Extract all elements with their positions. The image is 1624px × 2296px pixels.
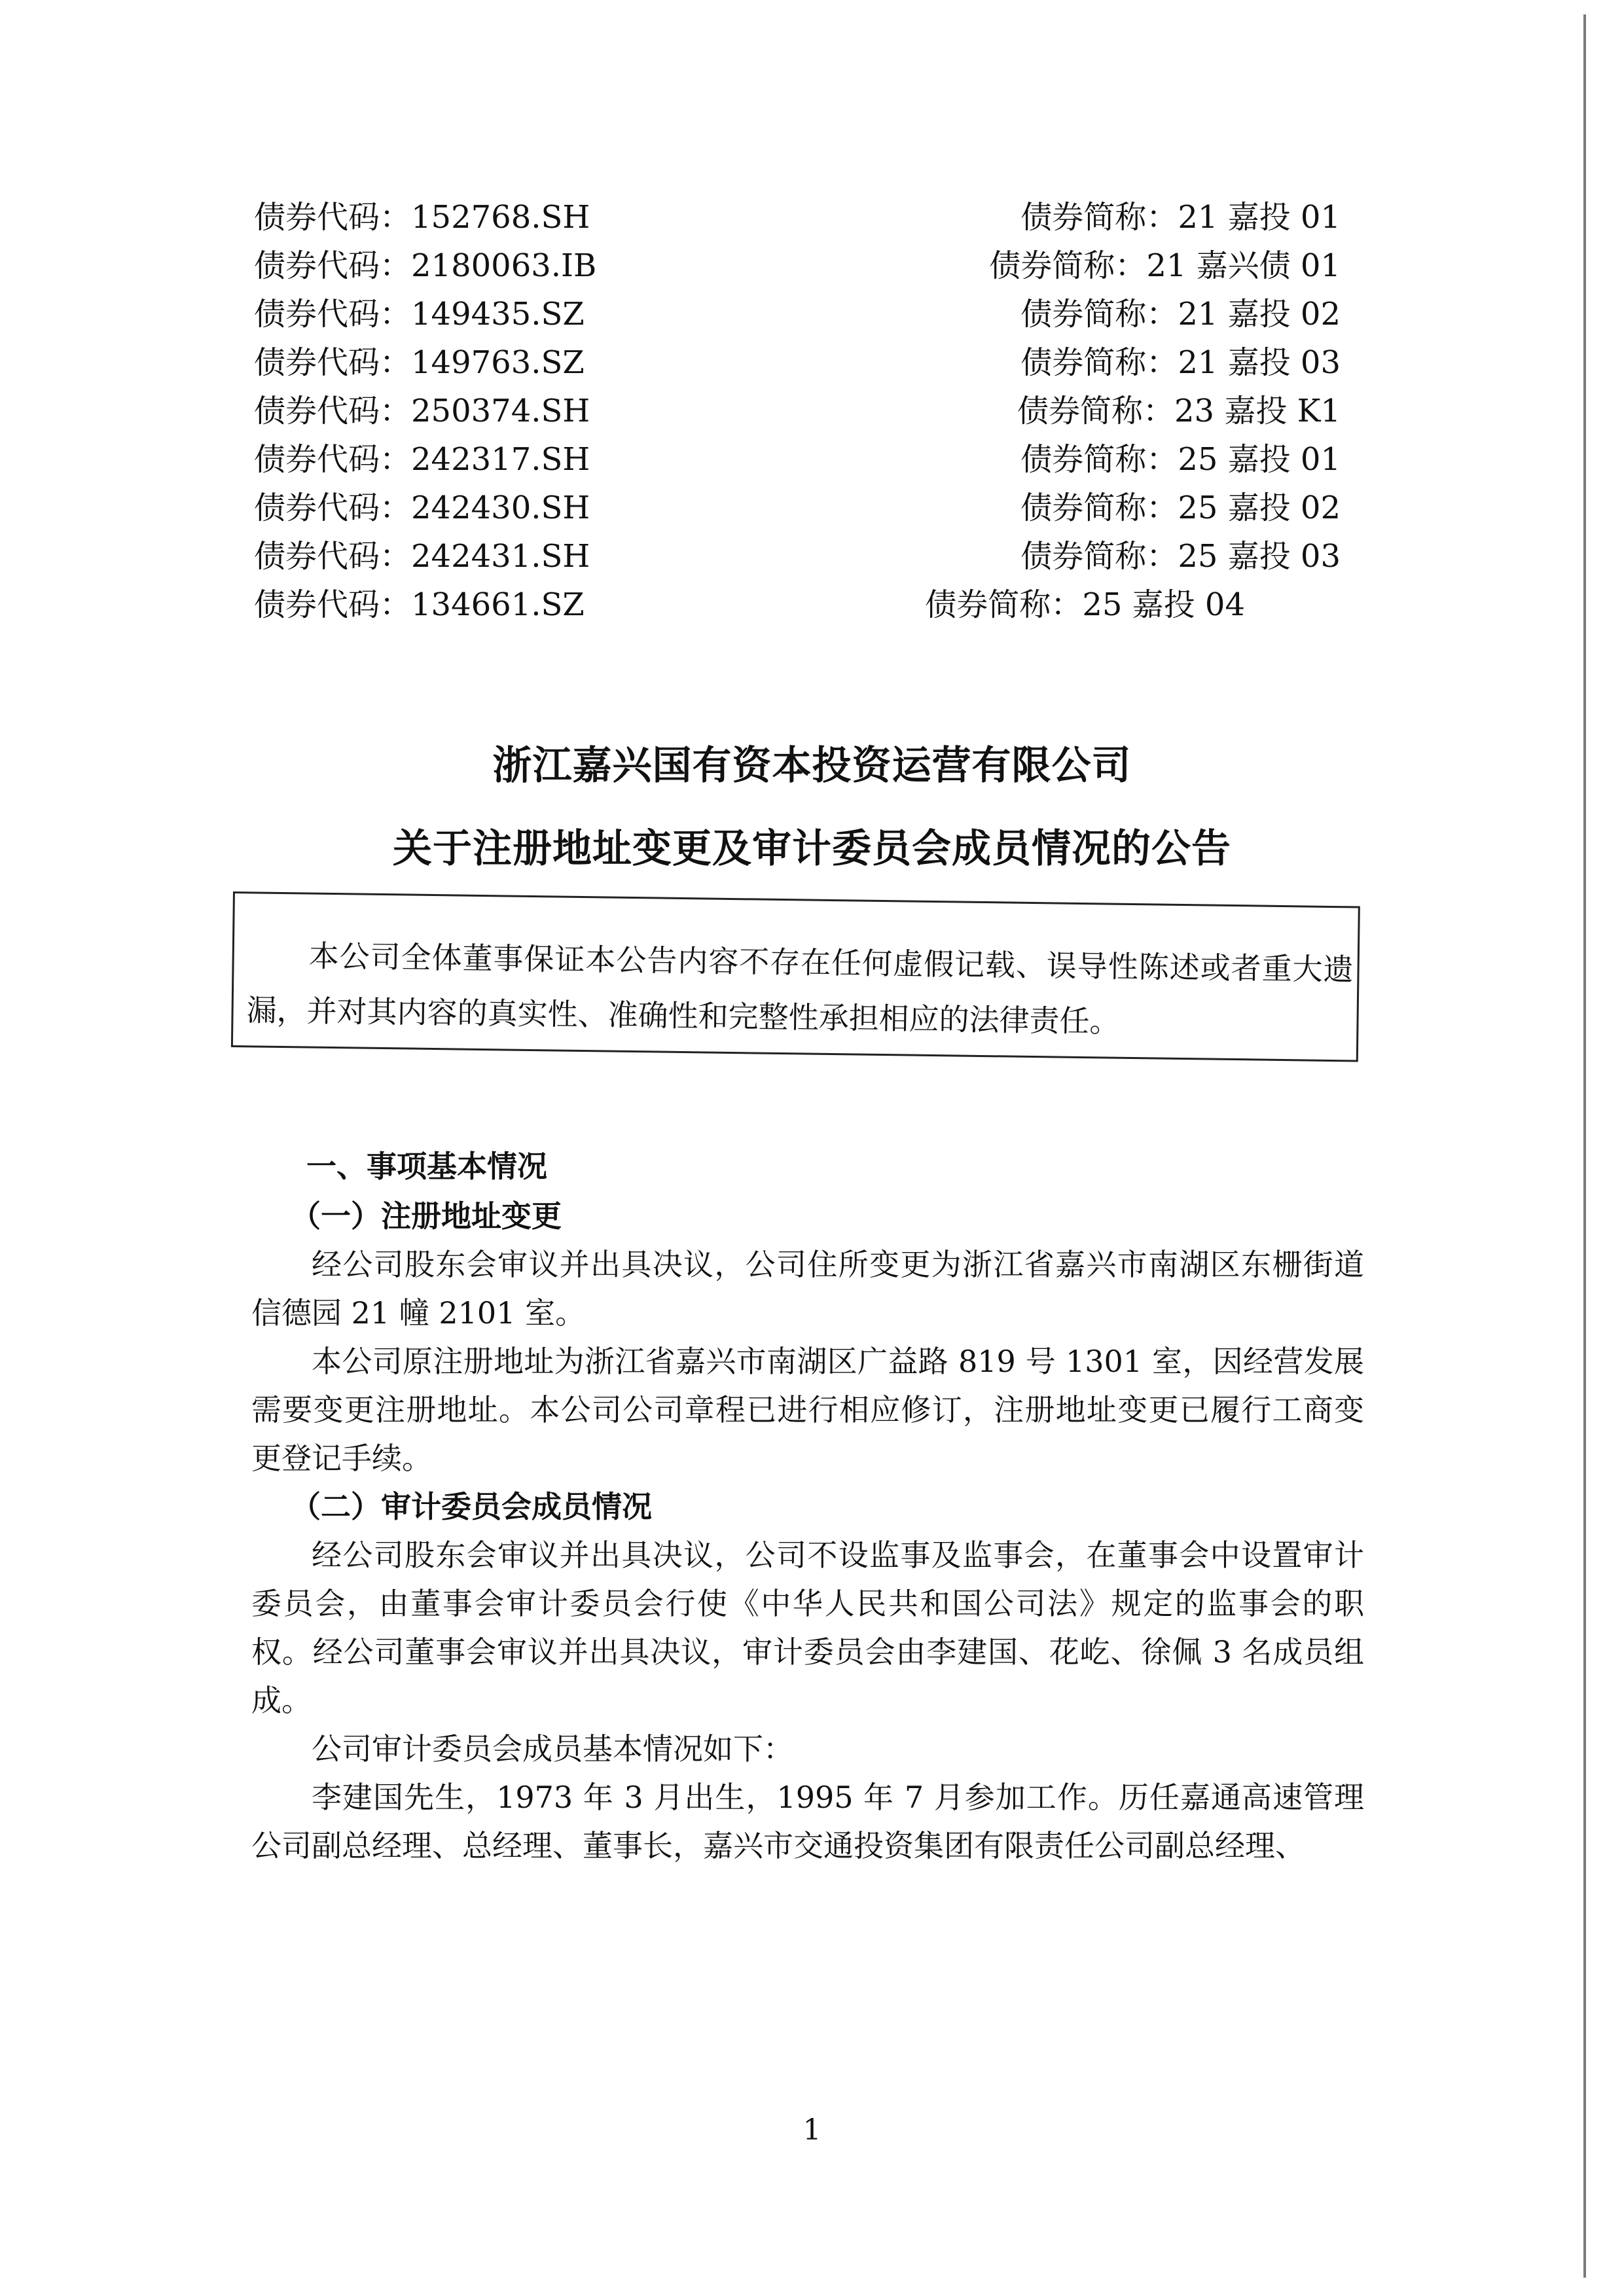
bond-abbr: 债券简称：25 嘉投 02: [1020, 488, 1341, 528]
bond-row: 债券代码：149763.SZ 债券简称：21 嘉投 03: [254, 343, 1341, 391]
page-number: 1: [0, 2114, 1624, 2147]
bond-code: 债券代码：242431.SH: [254, 537, 590, 576]
bond-list: 债券代码：152768.SH 债券简称：21 嘉投 01 债券代码：218006…: [254, 198, 1341, 634]
bond-abbr: 债券简称：25 嘉投 01: [1020, 440, 1341, 479]
bond-abbr: 债券简称：25 嘉投 03: [1020, 537, 1341, 576]
bond-row: 债券代码：134661.SZ 债券简称：25 嘉投 04: [254, 585, 1341, 634]
bond-abbr: 债券简称：21 嘉投 02: [1020, 295, 1341, 334]
bond-row: 债券代码：152768.SH 债券简称：21 嘉投 01: [254, 198, 1341, 246]
bond-code: 债券代码：250374.SH: [254, 391, 590, 431]
bond-row: 债券代码：149435.SZ 债券简称：21 嘉投 02: [254, 295, 1341, 343]
disclaimer-text: 本公司全体董事保证本公告内容不存在任何虚假记载、误导性陈述或者重大遗漏，并对其内…: [246, 927, 1354, 1052]
bond-code: 债券代码：242317.SH: [254, 440, 590, 479]
paragraph-new-address: 经公司股东会审议并出具决议，公司住所变更为浙江省嘉兴市南湖区东栅街道信德园 21…: [251, 1240, 1364, 1337]
bond-row: 债券代码：2180063.IB 债券简称：21 嘉兴债 01: [254, 246, 1341, 295]
paragraph-old-address: 本公司原注册地址为浙江省嘉兴市南湖区广益路 819 号 1301 室，因经营发展…: [251, 1337, 1364, 1482]
bond-row: 债券代码：242317.SH 债券简称：25 嘉投 01: [254, 440, 1341, 488]
bond-abbr: 债券简称：25 嘉投 04: [925, 585, 1245, 624]
section-heading: 一、事项基本情况: [251, 1142, 1364, 1191]
bond-code: 债券代码：152768.SH: [254, 198, 590, 237]
bond-code: 债券代码：2180063.IB: [254, 246, 596, 285]
bond-code: 债券代码：149763.SZ: [254, 343, 585, 382]
bond-code: 债券代码：242430.SH: [254, 488, 590, 528]
paragraph-member-bio: 李建国先生，1973 年 3 月出生，1995 年 7 月参加工作。历任嘉通高速…: [251, 1773, 1364, 1870]
bond-row: 债券代码：242430.SH 债券简称：25 嘉投 02: [254, 488, 1341, 537]
bond-code: 债券代码：149435.SZ: [254, 295, 585, 334]
scan-edge-line: [1583, 14, 1586, 2278]
bond-code: 债券代码：134661.SZ: [254, 585, 585, 624]
bond-abbr: 债券简称：23 嘉投 K1: [1017, 391, 1341, 431]
bond-abbr: 债券简称：21 嘉兴债 01: [989, 246, 1341, 285]
subsection-heading-address: （一）注册地址变更: [251, 1192, 1364, 1240]
paragraph-members-intro: 公司审计委员会成员基本情况如下：: [251, 1725, 1364, 1773]
subsection-heading-audit-committee: （二）审计委员会成员情况: [251, 1482, 1364, 1531]
document-title-company: 浙江嘉兴国有资本投资运营有限公司: [0, 743, 1624, 789]
paragraph-audit-committee: 经公司股东会审议并出具决议，公司不设监事及监事会，在董事会中设置审计委员会，由董…: [251, 1531, 1364, 1725]
bond-abbr: 债券简称：21 嘉投 03: [1020, 343, 1341, 382]
bond-abbr: 债券简称：21 嘉投 01: [1020, 198, 1341, 237]
disclaimer-box: 本公司全体董事保证本公告内容不存在任何虚假记载、误导性陈述或者重大遗漏，并对其内…: [231, 891, 1360, 1062]
bond-row: 债券代码：250374.SH 债券简称：23 嘉投 K1: [254, 391, 1341, 440]
bond-row: 债券代码：242431.SH 债券简称：25 嘉投 03: [254, 537, 1341, 585]
announcement-body: 一、事项基本情况 （一）注册地址变更 经公司股东会审议并出具决议，公司住所变更为…: [251, 1142, 1364, 1870]
document-title-subject: 关于注册地址变更及审计委员会成员情况的公告: [0, 826, 1624, 872]
